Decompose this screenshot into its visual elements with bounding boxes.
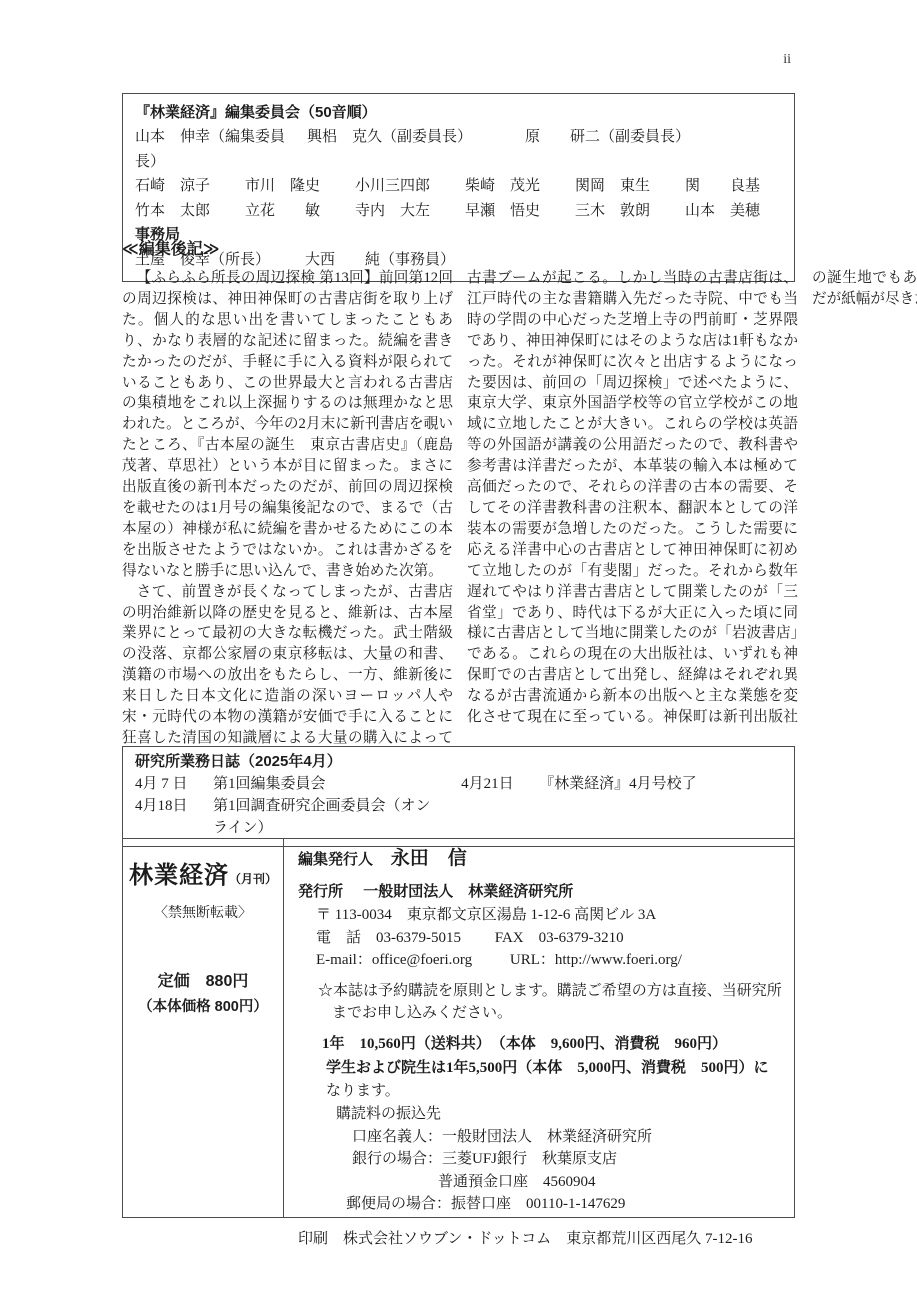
fax-number: FAX 03-6379-3210 — [495, 930, 624, 946]
committee-member: 小川三四郎 — [355, 174, 465, 199]
page-number: ii — [783, 52, 791, 68]
journal-frequency: （月刊） — [229, 872, 277, 886]
transfer-header: 購読料の振込先 — [298, 1103, 782, 1126]
price-block: 定価 880円 （本体価格 800円） — [123, 968, 283, 1016]
diary-column-left: 4月 7 日 第1回編集委員会 4月18日 第1回調査研究企画委員会（オンライン… — [135, 773, 439, 839]
diary-title: 研究所業務日誌（2025年4月） — [135, 751, 782, 773]
diary-entry-date: 4月21日 — [461, 773, 539, 795]
printer-info: 印刷 株式会社ソウブン・ドットコム 東京都荒川区西尾久 7-12-16 — [298, 1228, 782, 1251]
bank-account-number: 普通預金口座 4560904 — [298, 1171, 782, 1194]
committee-row-members: 石崎 涼子 市川 隆史 小川三四郎 柴崎 茂光 関岡 東生 関 良基 — [135, 174, 782, 199]
editor-label: 編集発行人 — [298, 851, 373, 868]
email-address: E-mail：office@foeri.org — [316, 952, 472, 968]
diary-entry-text: 『林業経済』4月号校了 — [539, 773, 782, 795]
editor-row: 編集発行人 永田 信 — [298, 848, 782, 872]
committee-member: 柴崎 茂光 — [465, 174, 575, 199]
diary-columns: 4月 7 日 第1回編集委員会 4月18日 第1回調査研究企画委員会（オンライン… — [135, 773, 782, 839]
committee-member: 山本 伸幸（編集委員長） — [135, 125, 307, 174]
publisher-address: 〒 113-0034 東京都文京区湯島 1-12-6 高関ビル 3A — [298, 904, 782, 927]
postscript-paragraph: 【ふらふら所長の周辺探検 第13回】前回第12回の周辺探検は、神田神保町の古書店… — [122, 268, 453, 582]
diary-entry: 4月 7 日 第1回編集委員会 — [135, 773, 439, 795]
diary-column-right: 4月21日 『林業経済』4月号校了 — [439, 773, 782, 795]
postal-transfer-account: 郵便局の場合：振替口座 00110-1-147629 — [298, 1193, 782, 1216]
committee-member: 石崎 涼子 — [135, 174, 245, 199]
account-holder: 口座名義人：一般財団法人 林業経済研究所 — [298, 1126, 782, 1149]
activity-diary-box: 研究所業務日誌（2025年4月） 4月 7 日 第1回編集委員会 4月18日 第… — [122, 746, 795, 847]
bank-info: 銀行の場合：三菱UFJ銀行 秋葉原支店 — [298, 1148, 782, 1171]
price: 定価 880円 — [123, 968, 283, 991]
diary-entry-text: 第1回調査研究企画委員会（オンライン） — [213, 795, 439, 839]
website-url: URL：http://www.foeri.org/ — [510, 952, 682, 968]
phone-fax-row: 電 話 03-6379-5015 FAX 03-6379-3210 — [298, 927, 782, 950]
editorial-postscript-section: ≪編集後記≫ 【ふらふら所長の周辺探検 第13回】前回第12回の周辺探検は、神田… — [122, 239, 798, 754]
colophon-left-panel: 林業経済（月刊） 〈禁無断転載〉 定価 880円 （本体価格 800円） — [123, 839, 284, 1217]
publisher-label: 発行所 — [298, 883, 343, 900]
postscript-body: 【ふらふら所長の周辺探検 第13回】前回第12回の周辺探検は、神田神保町の古書店… — [122, 268, 798, 754]
phone-number: 電 話 03-6379-5015 — [316, 930, 461, 946]
committee-member: 市川 隆史 — [245, 174, 355, 199]
publisher-name: 一般財団法人 林業経済研究所 — [363, 883, 573, 900]
committee-member: 竹本 太郎 — [135, 199, 245, 224]
annual-price-row: 1年 10,560円（送料共） （本体 9,600円、消費税 960円） — [298, 1033, 782, 1056]
editor-name: 永田 信 — [391, 848, 467, 869]
student-price-row: 学生および院生は1年5,500円（本体 5,000円、消費税 500円）になりま… — [298, 1057, 782, 1102]
journal-title-row: 林業経済（月刊） — [123, 855, 283, 890]
diary-entry-date: 4月 7 日 — [135, 773, 213, 795]
colophon-right-panel: 編集発行人 永田 信 発行所 一般財団法人 林業経済研究所 〒 113-0034… — [284, 839, 794, 1217]
journal-back-matter-page: ii 『林業経済』編集委員会（50音順） 山本 伸幸（編集委員長） 興梠 克久（… — [0, 0, 917, 1295]
committee-member: 関岡 東生 — [575, 174, 685, 199]
committee-member: 早瀬 悟史 — [465, 199, 575, 224]
diary-entry: 4月21日 『林業経済』4月号校了 — [461, 773, 782, 795]
committee-title: 『林業経済』編集委員会（50音順） — [135, 101, 782, 125]
committee-row-chairs: 山本 伸幸（編集委員長） 興梠 克久（副委員長） 原 研二（副委員長） — [135, 125, 782, 174]
committee-member: 興梠 克久（副委員長） — [307, 125, 525, 174]
committee-member: 原 研二（副委員長） — [525, 125, 782, 174]
committee-member: 山本 美穂 — [685, 199, 782, 224]
subscription-note: ☆本誌は予約購読を原則とします。購読ご希望の方は直接、当研究所までお申し込みくだ… — [298, 980, 782, 1025]
diary-entry: 4月18日 第1回調査研究企画委員会（オンライン） — [135, 795, 439, 839]
journal-title: 林業経済 — [129, 862, 229, 889]
student-price-suffix: なります。 — [326, 1083, 400, 1099]
no-reprint-notice: 〈禁無断転載〉 — [123, 902, 283, 922]
publisher-row: 発行所 一般財団法人 林業経済研究所 — [298, 881, 782, 904]
price-detail: （本体価格 800円） — [123, 995, 283, 1016]
committee-row-members: 竹本 太郎 立花 敏 寺内 大左 早瀬 悟史 三木 敦朗 山本 美穂 — [135, 199, 782, 224]
diary-entry-date: 4月18日 — [135, 795, 213, 839]
committee-member: 三木 敦朗 — [575, 199, 685, 224]
colophon-box: 林業経済（月刊） 〈禁無断転載〉 定価 880円 （本体価格 800円） 編集発… — [122, 838, 795, 1218]
committee-member: 立花 敏 — [245, 199, 355, 224]
postscript-heading: ≪編集後記≫ — [122, 239, 798, 261]
student-price: 学生および院生は1年5,500円（本体 5,000円、消費税 500円）に — [326, 1060, 769, 1076]
diary-entry-text: 第1回編集委員会 — [213, 773, 439, 795]
email-url-row: E-mail：office@foeri.org URL：http://www.f… — [298, 949, 782, 972]
committee-member: 寺内 大左 — [355, 199, 465, 224]
committee-member: 関 良基 — [685, 174, 782, 199]
